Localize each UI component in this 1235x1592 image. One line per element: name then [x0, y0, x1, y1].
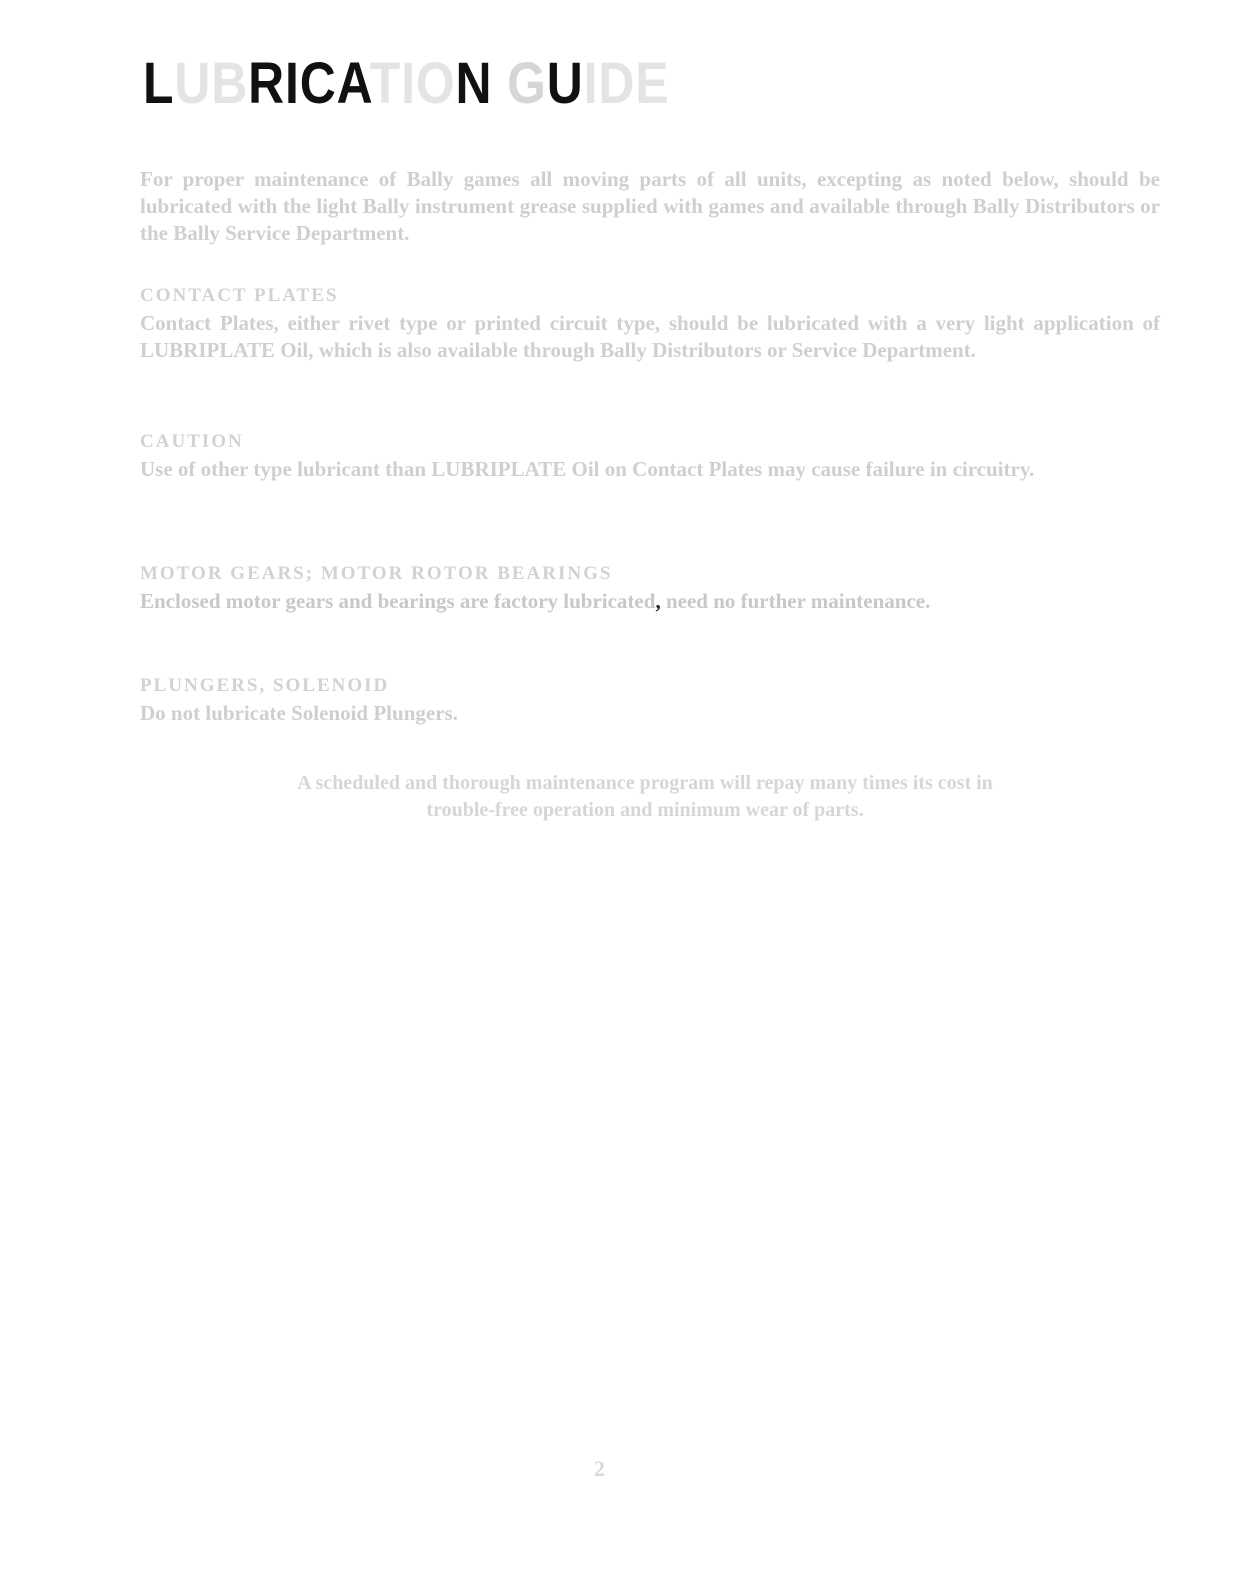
section-heading-plungers: PLUNGERS, SOLENOID	[140, 672, 1160, 699]
motor-body-start: Enclosed motor gears and bearings are fa…	[140, 589, 655, 613]
section-body-caution: Use of other type lubricant than LUBRIPL…	[140, 456, 1160, 483]
title-part: N	[455, 51, 507, 116]
section-body-contact-plates: Contact Plates, either rivet type or pri…	[140, 310, 1160, 364]
closing-note: A scheduled and thorough maintenance pro…	[285, 770, 1005, 824]
section-body-motor-gears: Enclosed motor gears and bearings are fa…	[140, 588, 1160, 615]
intro-paragraph: For proper maintenance of Bally games al…	[140, 166, 1160, 247]
motor-body-end: need no further maintenance.	[661, 589, 931, 613]
page-title: LUBRICATION GUIDE	[143, 50, 669, 117]
title-part: U	[547, 51, 584, 116]
page-number: 2	[594, 1456, 605, 1482]
title-part: IDE	[584, 51, 670, 116]
title-part: RICA	[248, 51, 370, 116]
section-heading-contact-plates: CONTACT PLATES	[140, 282, 1160, 309]
section-body-plungers: Do not lubricate Solenoid Plungers.	[140, 700, 1160, 727]
title-part: L	[143, 51, 174, 116]
title-part: UB	[174, 51, 248, 116]
title-part: TIO	[370, 51, 456, 116]
title-part: G	[507, 51, 547, 116]
section-heading-caution: CAUTION	[140, 428, 1160, 455]
section-heading-motor-gears: MOTOR GEARS; MOTOR ROTOR BEARINGS	[140, 560, 1160, 587]
